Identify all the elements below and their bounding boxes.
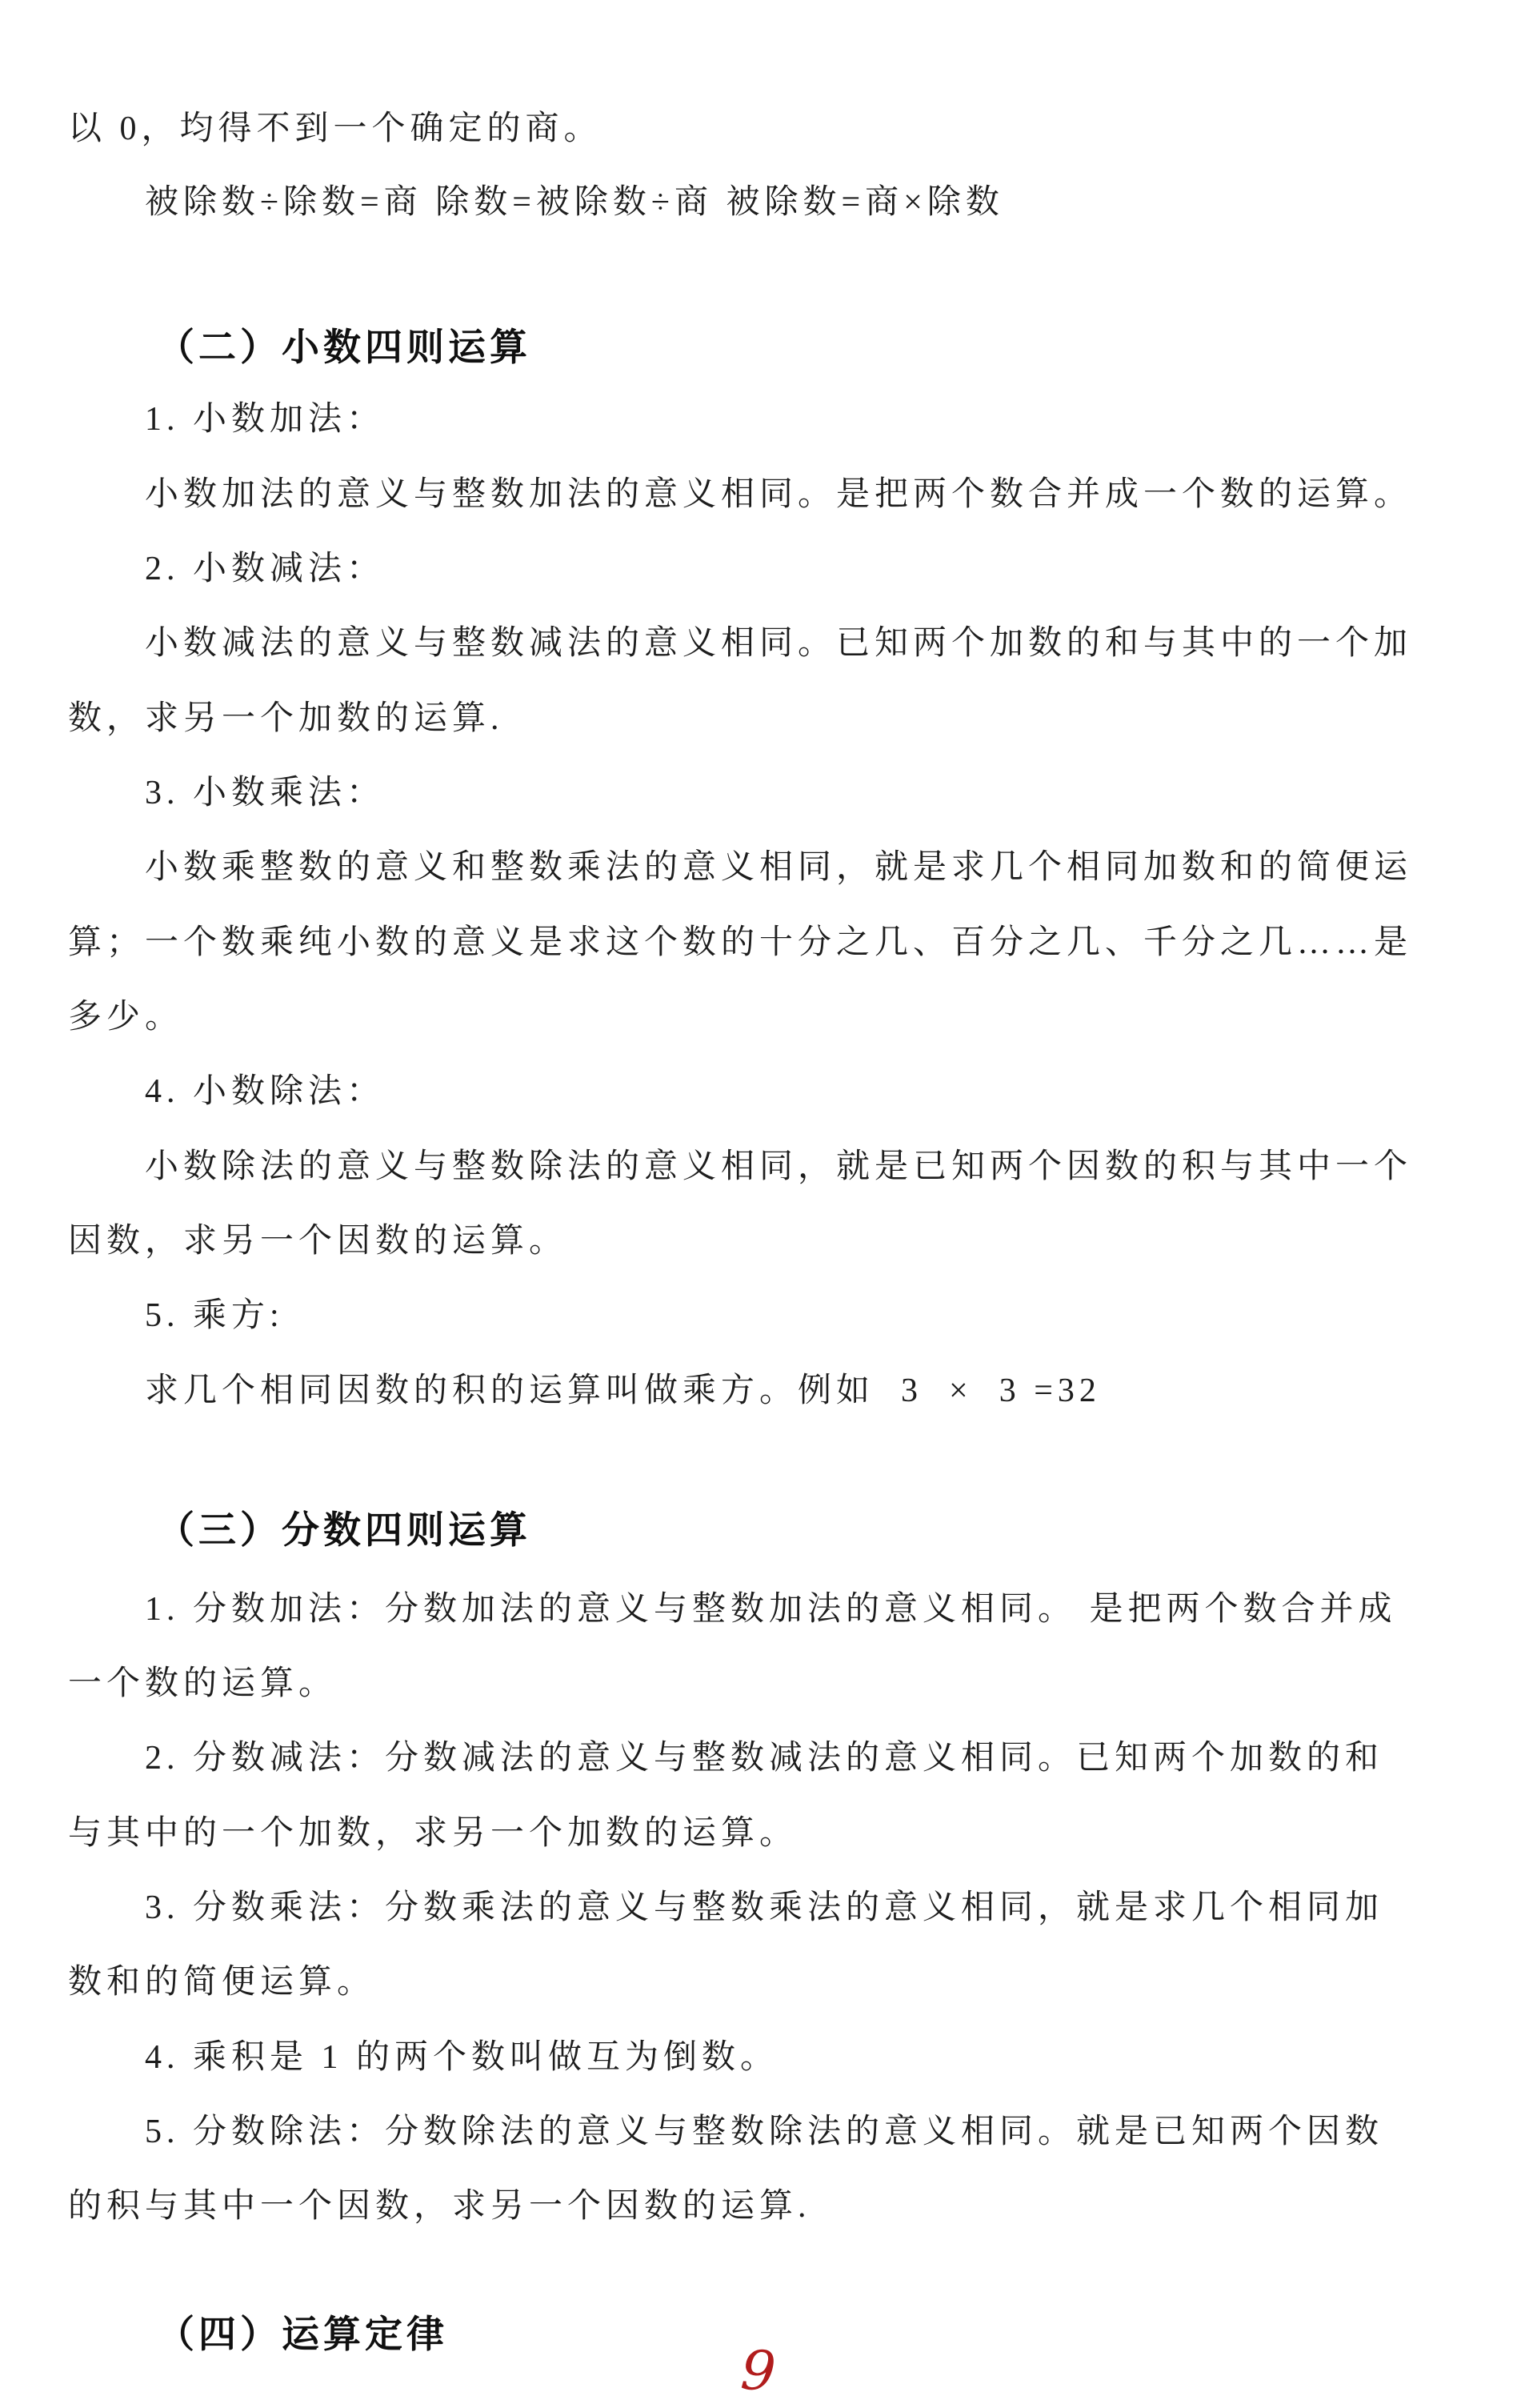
list-item: 1. 小数加法： bbox=[145, 400, 385, 439]
list-item: 4. 乘积是 1 的两个数叫做互为倒数。 bbox=[145, 2038, 779, 2077]
list-item: 2. 分数减法：分数减法的意义与整数减法的意义相同。已知两个加数的和 bbox=[145, 1739, 1383, 1777]
section-heading-3: （三）分数四则运算 bbox=[157, 1509, 531, 1552]
text-line: 算；一个数乘纯小数的意义是求这个数的十分之几、百分之几、千分之几……是 bbox=[68, 924, 1412, 962]
text-line: 数和的简便运算。 bbox=[68, 1963, 375, 2001]
page-number: 9 bbox=[739, 2344, 778, 2401]
list-item: 1. 分数加法：分数加法的意义与整数加法的意义相同。 是把两个数合并成 bbox=[145, 1590, 1397, 1629]
formula-line: 被除数÷除数=商 除数=被除数÷商 被除数=商×除数 bbox=[145, 183, 1004, 222]
text-line: 以 0，均得不到一个确定的商。 bbox=[68, 110, 602, 148]
text-line: 小数除法的意义与整数除法的意义相同，就是已知两个因数的积与其中一个 bbox=[145, 1148, 1412, 1186]
text-line: 的积与其中一个因数，求另一个因数的运算. bbox=[68, 2187, 811, 2226]
text-line: 一个数的运算。 bbox=[68, 1665, 337, 1703]
document-page: 以 0，均得不到一个确定的商。 被除数÷除数=商 除数=被除数÷商 被除数=商×… bbox=[0, 0, 1513, 2408]
text-line: 小数减法的意义与整数减法的意义相同。已知两个加数的和与其中的一个加 bbox=[145, 624, 1412, 663]
list-item: 3. 分数乘法：分数乘法的意义与整数乘法的意义相同，就是求几个相同加 bbox=[145, 1889, 1383, 1927]
text-line: 多少。 bbox=[68, 998, 183, 1036]
text-line: 因数，求另一个因数的运算。 bbox=[68, 1222, 567, 1260]
list-item: 4. 小数除法： bbox=[145, 1072, 385, 1111]
list-item: 5. 乘方: bbox=[145, 1296, 284, 1335]
text-line: 求几个相同因数的积的运算叫做乘方。例如 3 × 3 =32 bbox=[145, 1372, 1101, 1410]
list-item: 2. 小数减法： bbox=[145, 550, 385, 588]
list-item: 5. 分数除法：分数除法的意义与整数除法的意义相同。就是已知两个因数 bbox=[145, 2113, 1383, 2151]
section-heading-2: （二）小数四则运算 bbox=[157, 326, 531, 369]
section-heading-4: （四）运算定律 bbox=[157, 2313, 448, 2356]
text-line: 与其中的一个加数，求另一个加数的运算。 bbox=[68, 1814, 798, 1853]
list-item: 3. 小数乘法： bbox=[145, 774, 385, 812]
text-line: 小数乘整数的意义和整数乘法的意义相同，就是求几个相同加数和的简便运 bbox=[145, 848, 1412, 887]
text-line: 数，求另一个加数的运算. bbox=[68, 699, 504, 738]
text-line: 小数加法的意义与整数加法的意义相同。是把两个数合并成一个数的运算。 bbox=[145, 475, 1412, 514]
